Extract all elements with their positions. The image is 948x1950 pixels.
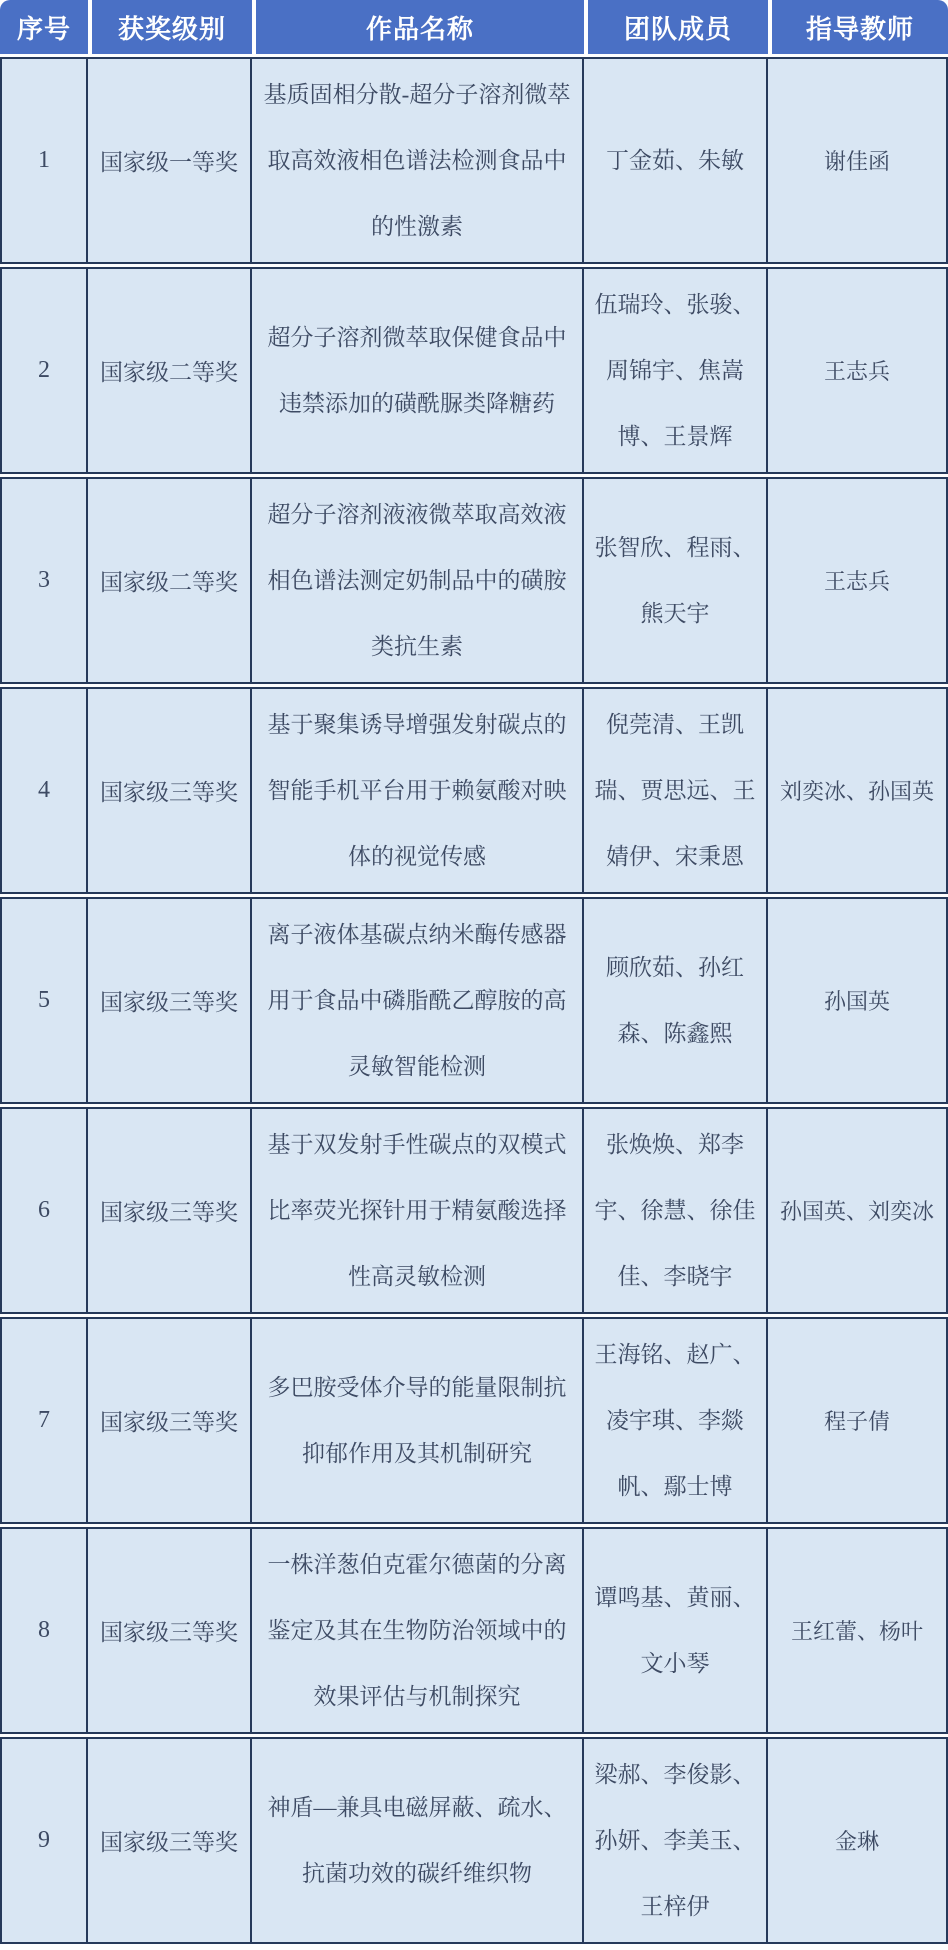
cell-title: 多巴胺受体介导的能量限制抗抑郁作用及其机制研究 [252,1317,584,1524]
cell-team: 伍瑞玲、张骏、周锦宇、焦嵩博、王景辉 [584,267,768,474]
cell-advisor: 程子倩 [768,1317,948,1524]
cell-no: 2 [0,267,88,474]
cell-level: 国家级一等奖 [88,57,252,264]
cell-title: 一株洋葱伯克霍尔德菌的分离鉴定及其在生物防治领域中的效果评估与机制探究 [252,1527,584,1734]
cell-team: 丁金茹、朱敏 [584,57,768,264]
cell-no: 7 [0,1317,88,1524]
cell-advisor: 刘奕冰、孙国英 [768,687,948,894]
cell-no: 3 [0,477,88,684]
header-cell-advisor: 指导教师 [768,0,948,54]
table-header-row: 序号 获奖级别 作品名称 团队成员 指导教师 [0,0,948,54]
cell-team: 梁郝、李俊影、孙妍、李美玉、王梓伊 [584,1737,768,1944]
cell-advisor: 王志兵 [768,477,948,684]
cell-level: 国家级三等奖 [88,1317,252,1524]
cell-title: 离子液体基碳点纳米酶传感器用于食品中磷脂酰乙醇胺的高灵敏智能检测 [252,897,584,1104]
cell-title: 基于聚集诱导增强发射碳点的智能手机平台用于赖氨酸对映体的视觉传感 [252,687,584,894]
cell-level: 国家级三等奖 [88,687,252,894]
table-row: 3 国家级二等奖 超分子溶剂液液微萃取高效液相色谱法测定奶制品中的磺胺类抗生素 … [0,477,948,684]
cell-title: 基于双发射手性碳点的双模式比率荧光探针用于精氨酸选择性高灵敏检测 [252,1107,584,1314]
cell-advisor: 谢佳函 [768,57,948,264]
cell-advisor: 孙国英 [768,897,948,1104]
table-row: 6 国家级三等奖 基于双发射手性碳点的双模式比率荧光探针用于精氨酸选择性高灵敏检… [0,1107,948,1314]
cell-team: 谭鸣基、黄丽、文小琴 [584,1527,768,1734]
cell-advisor: 王志兵 [768,267,948,474]
cell-level: 国家级三等奖 [88,1527,252,1734]
awards-table-page: 序号 获奖级别 作品名称 团队成员 指导教师 1 国家级一等奖 基质固相分散-超… [0,0,948,1950]
cell-no: 5 [0,897,88,1104]
table-row: 7 国家级三等奖 多巴胺受体介导的能量限制抗抑郁作用及其机制研究 王海铭、赵广、… [0,1317,948,1524]
cell-no: 4 [0,687,88,894]
cell-level: 国家级二等奖 [88,477,252,684]
cell-title: 超分子溶剂微萃取保健食品中违禁添加的磺酰脲类降糖药 [252,267,584,474]
cell-team: 王海铭、赵广、凌宇琪、李燚帆、鄢士博 [584,1317,768,1524]
table-row: 1 国家级一等奖 基质固相分散-超分子溶剂微萃取高效液相色谱法检测食品中的性激素… [0,57,948,264]
table-row: 9 国家级三等奖 神盾—兼具电磁屏蔽、疏水、抗菌功效的碳纤维织物 梁郝、李俊影、… [0,1737,948,1944]
cell-level: 国家级三等奖 [88,897,252,1104]
cell-no: 6 [0,1107,88,1314]
header-cell-level: 获奖级别 [88,0,252,54]
cell-team: 张焕焕、郑李宇、徐慧、徐佳佳、李晓宇 [584,1107,768,1314]
cell-title: 基质固相分散-超分子溶剂微萃取高效液相色谱法检测食品中的性激素 [252,57,584,264]
cell-no: 8 [0,1527,88,1734]
cell-no: 9 [0,1737,88,1944]
table-row: 2 国家级二等奖 超分子溶剂微萃取保健食品中违禁添加的磺酰脲类降糖药 伍瑞玲、张… [0,267,948,474]
table-row: 5 国家级三等奖 离子液体基碳点纳米酶传感器用于食品中磷脂酰乙醇胺的高灵敏智能检… [0,897,948,1104]
cell-advisor: 金琳 [768,1737,948,1944]
cell-level: 国家级三等奖 [88,1107,252,1314]
table-row: 4 国家级三等奖 基于聚集诱导增强发射碳点的智能手机平台用于赖氨酸对映体的视觉传… [0,687,948,894]
cell-team: 张智欣、程雨、熊天宇 [584,477,768,684]
cell-no: 1 [0,57,88,264]
cell-advisor: 王红蕾、杨叶 [768,1527,948,1734]
cell-level: 国家级三等奖 [88,1737,252,1944]
awards-table: 序号 获奖级别 作品名称 团队成员 指导教师 1 国家级一等奖 基质固相分散-超… [0,0,948,1944]
cell-title: 神盾—兼具电磁屏蔽、疏水、抗菌功效的碳纤维织物 [252,1737,584,1944]
cell-advisor: 孙国英、刘奕冰 [768,1107,948,1314]
cell-title: 超分子溶剂液液微萃取高效液相色谱法测定奶制品中的磺胺类抗生素 [252,477,584,684]
cell-level: 国家级二等奖 [88,267,252,474]
header-cell-no: 序号 [0,0,88,54]
header-cell-team: 团队成员 [584,0,768,54]
header-cell-title: 作品名称 [252,0,584,54]
cell-team: 顾欣茹、孙红森、陈鑫熙 [584,897,768,1104]
table-row: 8 国家级三等奖 一株洋葱伯克霍尔德菌的分离鉴定及其在生物防治领域中的效果评估与… [0,1527,948,1734]
cell-team: 倪莞清、王凯瑞、贾思远、王婧伊、宋秉恩 [584,687,768,894]
